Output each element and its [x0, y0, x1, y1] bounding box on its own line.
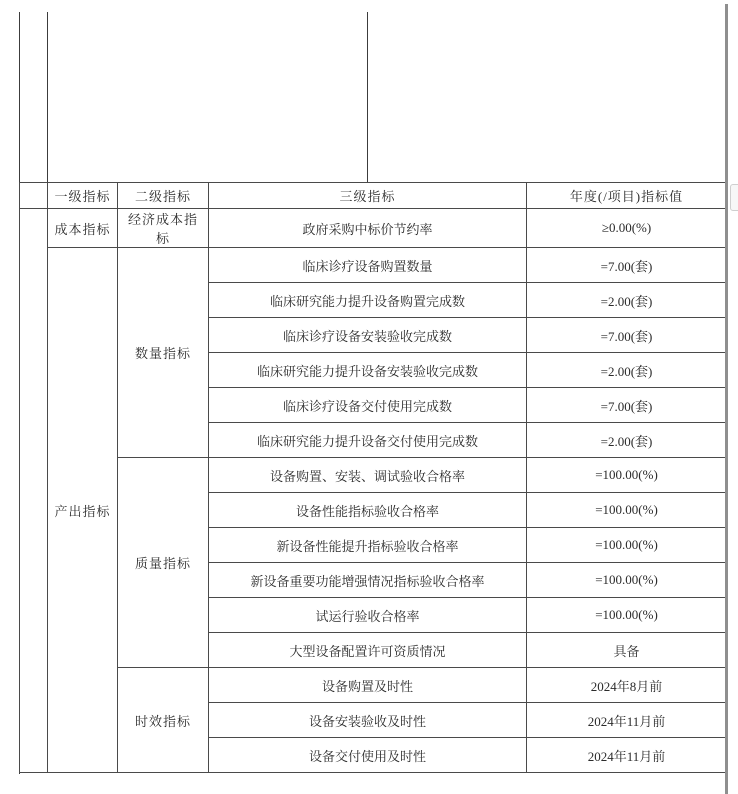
indicator-name: 新设备重要功能增强情况指标验收合格率 — [209, 563, 527, 598]
indicator-value: =100.00(%) — [527, 598, 727, 633]
left-margin-cell — [20, 209, 48, 773]
indicator-value: 2024年8月前 — [527, 668, 727, 703]
header-level2: 二级指标 — [118, 183, 209, 209]
indicator-name: 政府采购中标价节约率 — [209, 209, 527, 248]
indicator-value: =7.00(套) — [527, 248, 727, 283]
indicator-name: 临床研究能力提升设备购置完成数 — [209, 283, 527, 318]
level2-cell-quality: 质量指标 — [118, 458, 209, 668]
indicator-name: 新设备性能提升指标验收合格率 — [209, 528, 527, 563]
document-page: 一级指标 二级指标 三级指标 年度(/项目)指标值 成本指标 经济成本指标 政府… — [0, 0, 738, 794]
indicator-value: =100.00(%) — [527, 493, 727, 528]
indicator-value: =7.00(套) — [527, 388, 727, 423]
indicator-name: 临床研究能力提升设备安装验收完成数 — [209, 353, 527, 388]
indicator-name: 试运行验收合格率 — [209, 598, 527, 633]
indicator-value: =100.00(%) — [527, 528, 727, 563]
indicator-name: 设备购置及时性 — [209, 668, 527, 703]
level2-cell-timeliness: 时效指标 — [118, 668, 209, 773]
indicator-name: 设备交付使用及时性 — [209, 738, 527, 773]
indicator-value: =100.00(%) — [527, 563, 727, 598]
table-row: 成本指标 经济成本指标 政府采购中标价节约率 ≥0.00(%) — [20, 209, 727, 248]
indicator-value: 2024年11月前 — [527, 738, 727, 773]
indicator-name: 设备购置、安装、调试验收合格率 — [209, 458, 527, 493]
indicator-value: =2.00(套) — [527, 353, 727, 388]
header-level3: 三级指标 — [209, 183, 527, 209]
indicator-name: 临床诊疗设备交付使用完成数 — [209, 388, 527, 423]
indicator-value: =7.00(套) — [527, 318, 727, 353]
indicator-name: 临床诊疗设备购置数量 — [209, 248, 527, 283]
indicator-name: 设备安装验收及时性 — [209, 703, 527, 738]
level1-cell-output: 产出指标 — [48, 248, 118, 773]
header-value: 年度(/项目)指标值 — [527, 183, 727, 209]
header-spacer-cell — [20, 183, 48, 209]
performance-indicator-table: 一级指标 二级指标 三级指标 年度(/项目)指标值 成本指标 经济成本指标 政府… — [19, 182, 727, 773]
indicator-name: 临床研究能力提升设备交付使用完成数 — [209, 423, 527, 458]
table-row: 产出指标 数量指标 临床诊疗设备购置数量 =7.00(套) — [20, 248, 727, 283]
indicator-value: ≥0.00(%) — [527, 209, 727, 248]
header-level1: 一级指标 — [48, 183, 118, 209]
table-row: 时效指标 设备购置及时性 2024年8月前 — [20, 668, 727, 703]
indicator-value: 具备 — [527, 633, 727, 668]
indicator-value: =2.00(套) — [527, 283, 727, 318]
indicator-value: =100.00(%) — [527, 458, 727, 493]
indicator-value: =2.00(套) — [527, 423, 727, 458]
level1-cell-cost: 成本指标 — [48, 209, 118, 248]
table-header-row: 一级指标 二级指标 三级指标 年度(/项目)指标值 — [20, 183, 727, 209]
level2-cell-economic-cost: 经济成本指标 — [118, 209, 209, 248]
indicator-name: 大型设备配置许可资质情况 — [209, 633, 527, 668]
table-row: 质量指标 设备购置、安装、调试验收合格率 =100.00(%) — [20, 458, 727, 493]
indicator-name: 临床诊疗设备安装验收完成数 — [209, 318, 527, 353]
indicator-value: 2024年11月前 — [527, 703, 727, 738]
level2-cell-quantity: 数量指标 — [118, 248, 209, 458]
scrollbar-thumb[interactable] — [730, 184, 738, 211]
upper-table-col1-border — [47, 12, 48, 182]
upper-table-mid-border — [367, 12, 368, 182]
page-right-edge — [725, 4, 728, 794]
upper-table-left-border — [19, 12, 20, 182]
indicator-name: 设备性能指标验收合格率 — [209, 493, 527, 528]
